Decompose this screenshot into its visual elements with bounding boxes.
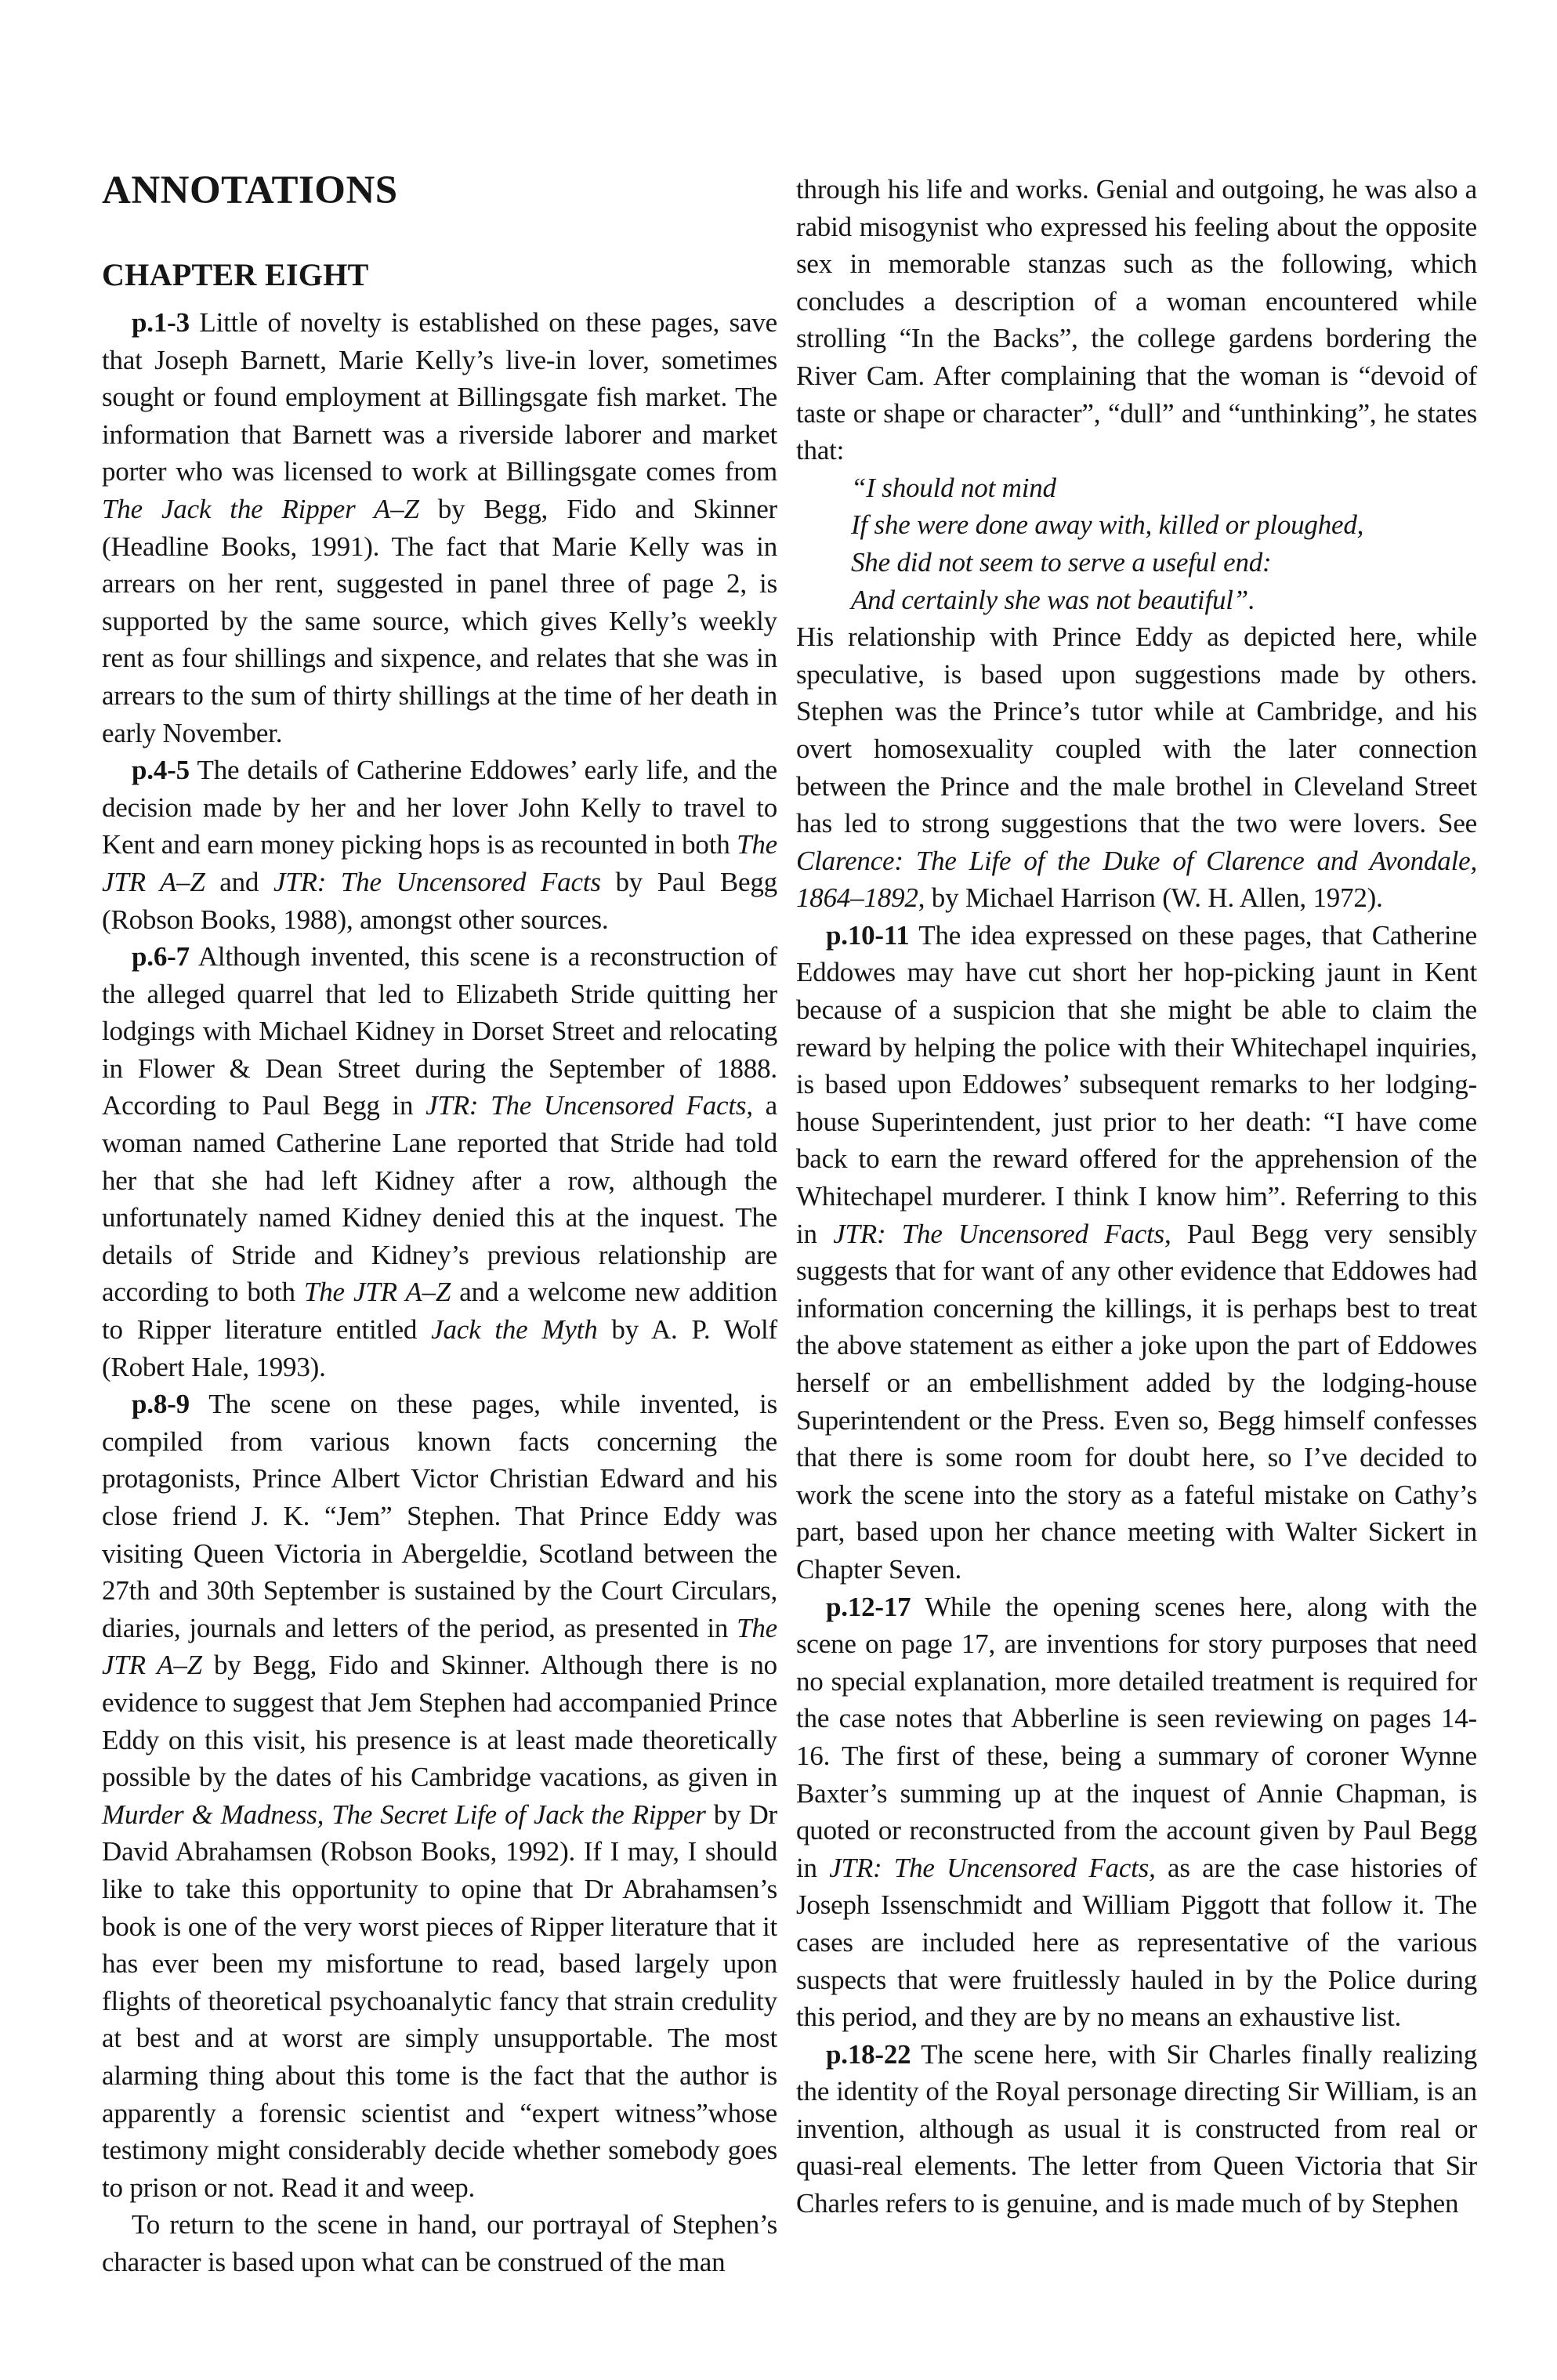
page-ref-lead: p.6-7 <box>132 941 190 972</box>
paragraph: through his life and works. Genial and o… <box>796 171 1477 469</box>
verse-line: “I should not mind <box>851 469 1477 507</box>
verse-line: If she were done away with, killed or pl… <box>851 506 1477 544</box>
paragraph: To return to the scene in hand, our port… <box>102 2206 777 2280</box>
page-ref-lead: p.12-17 <box>826 1592 911 1622</box>
paragraph: His relationship with Prince Eddy as dep… <box>796 618 1477 917</box>
right-column: through his life and works. Genial and o… <box>796 171 1477 2380</box>
left-column: ANNOTATIONS CHAPTER EIGHT p.1-3 Little o… <box>102 171 777 2380</box>
annotation-p.10-11: p.10-11 The idea expressed on these page… <box>796 917 1477 1588</box>
annotation-p.6-7: p.6-7 Although invented, this scene is a… <box>102 938 777 1386</box>
page-ref-lead: p.8-9 <box>132 1389 190 1419</box>
verse-line: She did not seem to serve a useful end: <box>851 544 1477 581</box>
annotation-p.1-3: p.1-3 Little of novelty is established o… <box>102 304 777 752</box>
page-ref-lead: p.1-3 <box>132 307 190 338</box>
annotation-p.18-22: p.18-22 The scene here, with Sir Charles… <box>796 2036 1477 2222</box>
page-ref-lead: p.18-22 <box>826 2039 911 2070</box>
annotation-p.8-9: p.8-9 The scene on these pages, while in… <box>102 1386 777 2206</box>
verse-quote: “I should not mindIf she were done away … <box>851 469 1477 618</box>
annotations-page: ANNOTATIONS CHAPTER EIGHT p.1-3 Little o… <box>0 0 1557 2380</box>
right-column-text: through his life and works. Genial and o… <box>796 171 1477 2222</box>
annotation-p.4-5: p.4-5 The details of Catherine Eddowes’ … <box>102 752 777 938</box>
page-ref-lead: p.4-5 <box>132 755 190 785</box>
left-column-text: p.1-3 Little of novelty is established o… <box>102 304 777 2280</box>
page-ref-lead: p.10-11 <box>826 920 910 951</box>
verse-line: And certainly she was not beautiful”. <box>851 581 1477 619</box>
chapter-heading: CHAPTER EIGHT <box>102 259 777 291</box>
page-title: ANNOTATIONS <box>102 171 777 211</box>
annotation-p.12-17: p.12-17 While the opening scenes here, a… <box>796 1588 1477 2036</box>
